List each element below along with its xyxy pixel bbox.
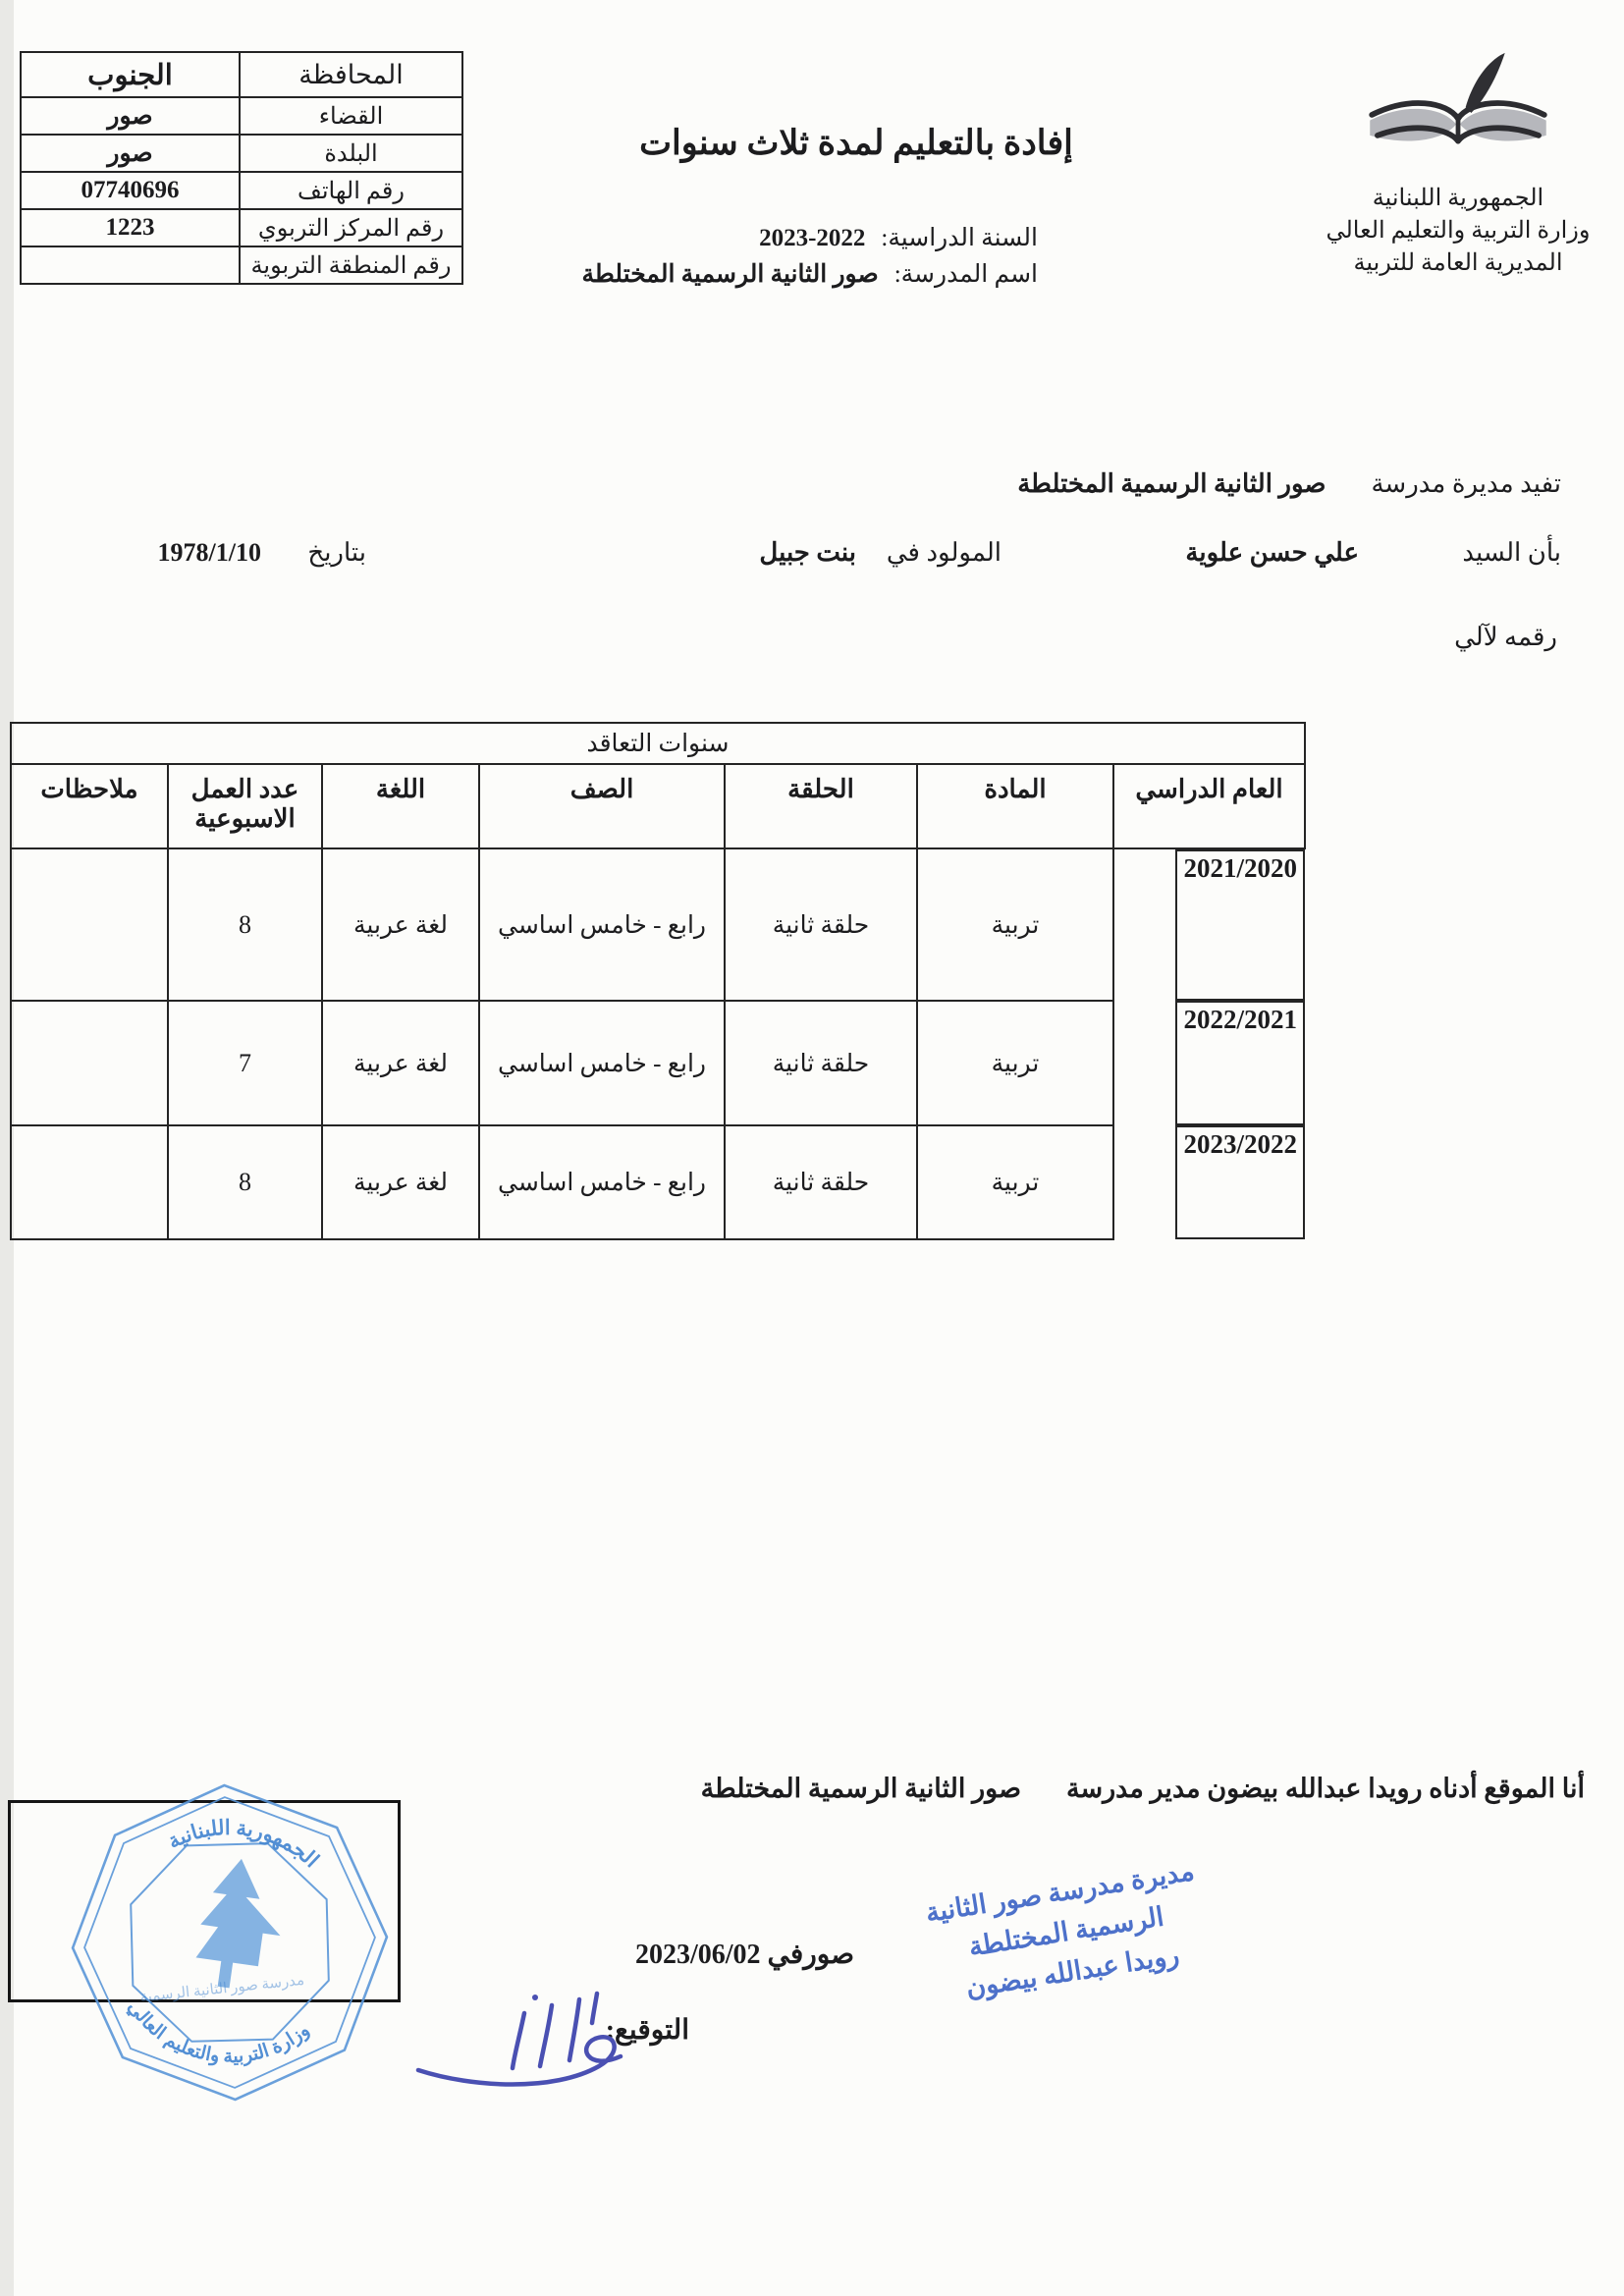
school-ink-stamp: مديرة مدرسة صور الثانية الرسمية المختلطة… [903, 1848, 1228, 2016]
col-header-notes: ملاحظات [11, 764, 168, 848]
certify-prefix: تفيد مديرة مدرسة [1371, 469, 1561, 498]
table-row: البلدة صور [21, 135, 462, 172]
ministry-logo-book-icon [1355, 49, 1561, 177]
info-label: رقم المنطقة التربوية [240, 246, 462, 284]
handwritten-signature [405, 1976, 656, 2105]
info-label: رقم المركز التربوي [240, 209, 462, 246]
table-row: رقم المنطقة التربوية [21, 246, 462, 284]
official-octagonal-seal: الجمهورية اللبنانية وزارة التربية والتعل… [63, 1776, 397, 2109]
contract-years-table: سنوات التعاقد العام الدراسي المادة الحلق… [10, 722, 1306, 1240]
person-name: علي حسن علوية [1185, 538, 1359, 568]
cell-language: لغة عربية [322, 1001, 479, 1125]
info-value: صور [21, 135, 240, 172]
cell-grade: رابع - خامس اساسي [479, 848, 725, 1001]
info-value: صور [21, 97, 240, 135]
cell-subject: تربية [917, 1125, 1113, 1239]
school-name-line: اسم المدرسة:صور الثانية الرسمية المختلطة [582, 256, 1038, 293]
academic-year-label: السنة الدراسية: [881, 225, 1038, 251]
birth-place: بنت جبيل [759, 538, 856, 568]
ministry-line-ministry: وزارة التربية والتعليم العالي [1306, 215, 1610, 247]
table-row: القضاء صور [21, 97, 462, 135]
cell-weekly-hours: 7 [168, 1001, 322, 1125]
table-row: 2023/2022 تربية حلقة ثانية رابع - خامس ا… [11, 1125, 1305, 1239]
table-row: 2022/2021 تربية حلقة ثانية رابع - خامس ا… [11, 1001, 1305, 1125]
certify-school-name: صور الثانية الرسمية المختلطة [1017, 469, 1326, 498]
academic-year-value: 2023-2022 [759, 220, 865, 256]
info-value: 07740696 [21, 172, 240, 209]
scanned-certificate-page: المحافظة الجنوب القضاء صور البلدة صور رق… [0, 0, 1624, 2296]
cell-grade: رابع - خامس اساسي [479, 1001, 725, 1125]
cell-language: لغة عربية [322, 848, 479, 1001]
info-label: المحافظة [240, 52, 462, 97]
cell-cycle: حلقة ثانية [725, 848, 917, 1001]
info-label: رقم الهاتف [240, 172, 462, 209]
info-value: الجنوب [21, 52, 240, 97]
ministry-line-directorate: المديرية العامة للتربية [1306, 247, 1610, 280]
cell-cycle: حلقة ثانية [725, 1125, 917, 1239]
cell-weekly-hours: 8 [168, 848, 322, 1001]
info-value [21, 246, 240, 284]
cell-notes [11, 1125, 168, 1239]
table-row: المحافظة الجنوب [21, 52, 462, 97]
col-header-weekly-hours: عدد العمل الاسبوعية [168, 764, 322, 848]
col-header-language: اللغة [322, 764, 479, 848]
school-name-value: صور الثانية الرسمية المختلطة [582, 261, 879, 288]
on-date-label: بتاريخ [307, 538, 366, 568]
declaration-prefix: أنا الموقع أدناه رويدا عبدالله بيضون مدي… [1066, 1774, 1585, 1803]
cell-notes [11, 1001, 168, 1125]
table-header-row: العام الدراسي المادة الحلقة الصف اللغة ع… [11, 764, 1305, 848]
declaration-line: أنا الموقع أدناه رويدا عبدالله بيضون مدي… [701, 1774, 1585, 1804]
table-caption-row: سنوات التعاقد [11, 723, 1305, 764]
ministry-line-republic: الجمهورية اللبنانية [1306, 183, 1610, 215]
subject-label: بأن السيد [1462, 538, 1561, 568]
table-row: رقم المركز التربوي 1223 [21, 209, 462, 246]
info-label: البلدة [240, 135, 462, 172]
academic-year-line: السنة الدراسية:2023-2022 [582, 220, 1038, 256]
cell-weekly-hours: 8 [168, 1125, 322, 1239]
cell-grade: رابع - خامس اساسي [479, 1125, 725, 1239]
cedar-tree-emblem [192, 1854, 291, 1994]
page-title: إفادة بالتعليم لمدة ثلاث سنوات [517, 124, 1195, 163]
place-date-line: صورفي 2023/06/02 [635, 1938, 854, 1971]
table-row: رقم الهاتف 07740696 [21, 172, 462, 209]
title-sub-block: السنة الدراسية:2023-2022 اسم المدرسة:صور… [582, 220, 1038, 293]
admin-info-table: المحافظة الجنوب القضاء صور البلدة صور رق… [20, 51, 463, 285]
cell-cycle: حلقة ثانية [725, 1001, 917, 1125]
contract-table-caption: سنوات التعاقد [11, 723, 1305, 764]
col-header-year: العام الدراسي [1113, 764, 1305, 848]
info-label: القضاء [240, 97, 462, 135]
certify-line: تفيد مديرة مدرسةصور الثانية الرسمية المخ… [1017, 469, 1561, 499]
school-name-label: اسم المدرسة: [894, 261, 1038, 288]
ministry-header: الجمهورية اللبنانية وزارة التربية والتعل… [1306, 49, 1610, 280]
cell-language: لغة عربية [322, 1125, 479, 1239]
col-header-grade: الصف [479, 764, 725, 848]
col-header-subject: المادة [917, 764, 1113, 848]
cell-subject: تربية [917, 1001, 1113, 1125]
issue-date: 2023/06/02 [635, 1940, 761, 1971]
cell-notes [11, 848, 168, 1001]
cell-subject: تربية [917, 848, 1113, 1001]
cell-year: 2021/2020 [1175, 849, 1305, 1001]
born-in-label: المولود في [887, 538, 1001, 568]
table-row: 2021/2020 تربية حلقة ثانية رابع - خامس ا… [11, 848, 1305, 1001]
info-value: 1223 [21, 209, 240, 246]
computer-number-label: رقمه لآلي [1454, 623, 1557, 652]
birth-date: 1978/1/10 [158, 538, 261, 568]
cell-year: 2023/2022 [1175, 1125, 1305, 1239]
cell-year: 2022/2021 [1175, 1001, 1305, 1125]
col-header-cycle: الحلقة [725, 764, 917, 848]
place-label: صورفي [768, 1940, 854, 1970]
declaration-school: صور الثانية الرسمية المختلطة [701, 1774, 1021, 1803]
